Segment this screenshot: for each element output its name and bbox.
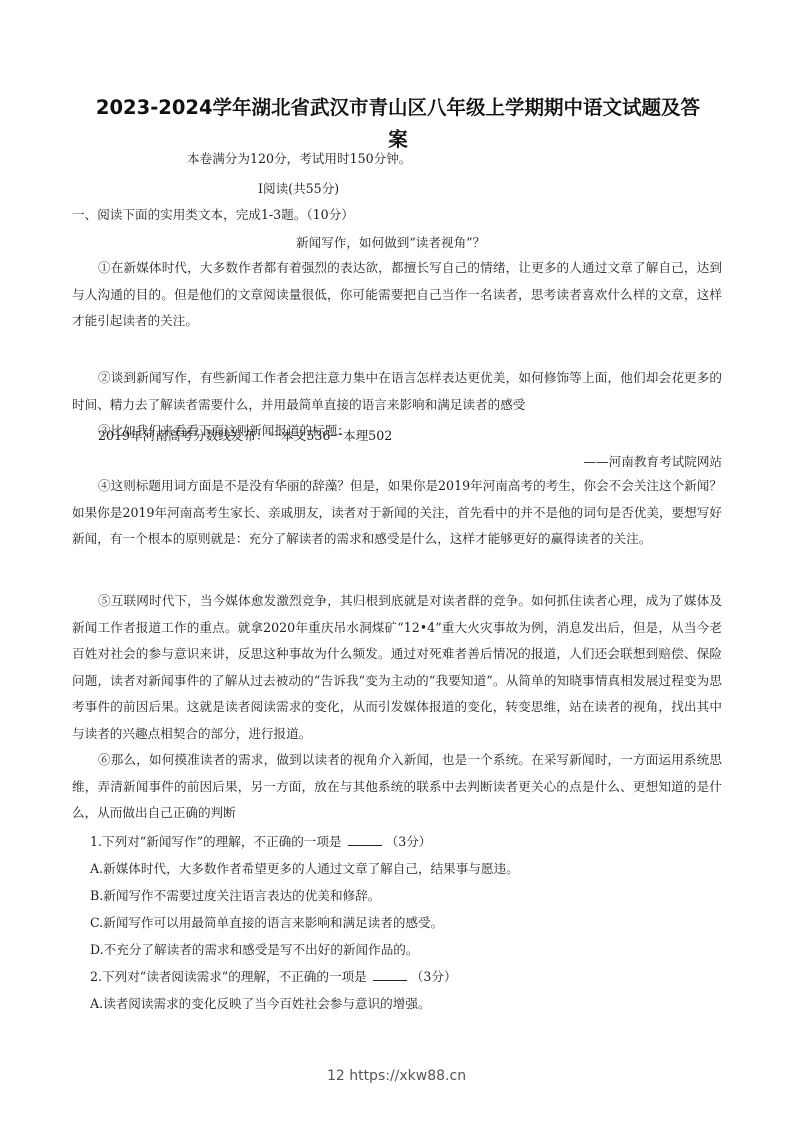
question-1-option-b: B.新闻写作不需要过度关注语言表达的优美和修辞。 xyxy=(90,887,380,905)
question-2-text: 2.下列对“读者阅读需求”的理解，不正确的一项是 xyxy=(90,969,367,984)
question-1-answer-blank[interactable] xyxy=(348,833,382,846)
question-1-option-d: D.不充分了解读者的需求和感受是写不出好的新闻作品的。 xyxy=(90,941,419,959)
document-page: 2023-2024学年湖北省武汉市青山区八年级上学期期中语文试题及答 案 本卷满… xyxy=(0,0,793,1122)
exam-info: 本卷满分为120分，考试用时150分钟。 xyxy=(187,150,411,168)
question-1-text: 1.下列对“新闻写作”的理解，不正确的一项是 xyxy=(90,834,342,849)
headline-example: 2019年河南高考分数线发布：一本文536一本理502 xyxy=(98,427,392,445)
article-paragraph-5: ⑤互联网时代下，当今媒体愈发激烈竞争，其归根到底就是对读者群的竞争。如何抓住读者… xyxy=(72,588,722,747)
document-title: 2023-2024学年湖北省武汉市青山区八年级上学期期中语文试题及答 案 xyxy=(60,92,736,156)
article-paragraph-4: ④这则标题用词方面是不是没有华丽的辞藻？但是，如果你是2019年河南高考的考生，… xyxy=(72,473,722,553)
question-1-stem: 1.下列对“新闻写作”的理解，不正确的一项是（3分） xyxy=(90,833,431,851)
question-2-answer-blank[interactable] xyxy=(373,968,407,981)
article-title: 新闻写作，如何做到“读者视角”？ xyxy=(296,234,485,252)
question-1-option-a: A.新媒体时代，大多数作者希望更多的人通过文章了解自己，结果事与愿违。 xyxy=(90,860,519,878)
section-heading: Ⅰ阅读(共55分) xyxy=(258,180,339,198)
question-2-option-a: A.读者阅读需求的变化反映了当今百姓社会参与意识的增强。 xyxy=(90,995,431,1013)
title-line-1: 2023-2024学年湖北省武汉市青山区八年级上学期期中语文试题及答 xyxy=(60,92,736,124)
page-footer: 12 https://xkw88.cn xyxy=(0,1068,793,1084)
part-instruction: 一、阅读下面的实用类文本，完成1-3题。（10分） xyxy=(72,206,354,224)
article-paragraph-2: ②谈到新闻写作，有些新闻工作者会把注意力集中在语言怎样表达更优美，如何修饰等上面… xyxy=(72,365,722,418)
question-1-option-c: C.新闻写作可以用最简单直接的语言来影响和满足读者的感受。 xyxy=(90,914,443,932)
question-2-stem: 2.下列对“读者阅读需求”的理解，不正确的一项是（3分） xyxy=(90,968,457,986)
headline-source: ——河南教育考试院网站 xyxy=(583,453,722,471)
question-1-score: （3分） xyxy=(386,834,432,849)
article-paragraph-1: ①在新媒体时代，大多数作者都有着强烈的表达欲，都擅长写自己的情绪，让更多的人通过… xyxy=(72,255,722,335)
article-paragraph-6: ⑥那么，如何摸准读者的需求，做到以读者的视角介入新闻，也是一个系统。在采写新闻时… xyxy=(72,747,722,827)
question-2-score: （3分） xyxy=(411,969,457,984)
